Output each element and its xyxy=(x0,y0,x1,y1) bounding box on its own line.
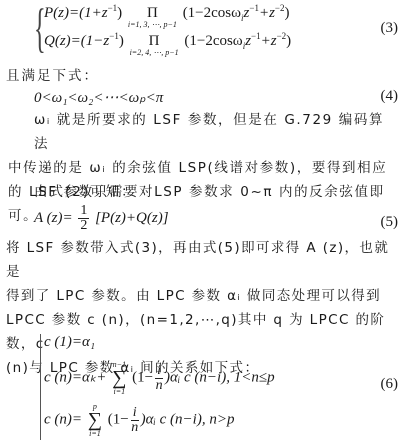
summation-operator: p ∑ i=1 xyxy=(88,402,102,438)
fraction: in xyxy=(131,406,139,435)
paragraph-line: 将 LSF 参数带入式(3)，再由式(5)即可求得 A (z)，也就是 xyxy=(6,236,396,284)
paragraph: 将 LSF 参数带入式(3)，再由式(5)即可求得 A (z)，也就是 得到了 … xyxy=(6,236,396,380)
left-brace-line xyxy=(40,334,41,440)
text-line: 由式(2)可知： xyxy=(34,180,137,200)
equation-4-expr: 0<ω₁<ω₂<⋯<ωₚ<π xyxy=(34,88,163,107)
equation-number: (6) xyxy=(381,376,399,393)
equation-number: (3) xyxy=(381,20,399,37)
product-operator: Π i=1, 3, ⋯, p−1 xyxy=(128,6,177,29)
equation-6-row-3: c (n)= p ∑ i=1 (1−in)αᵢ c (n−i), n>p xyxy=(44,402,234,438)
paragraph-line: 中传递的是 ωᵢ 的余弦值 LSP(线谱对参数)，要得到相应 xyxy=(8,156,398,180)
text-line: 且满足下式： xyxy=(6,64,99,84)
paragraph-line: 得到了 LPC 参数。由 LPC 参数 αᵢ 做同态处理可以得到 xyxy=(6,284,396,308)
paragraph-line: ωᵢ 就是所要求的 LSF 参数，但是在 G.729 编码算法 xyxy=(8,108,398,156)
equation-number: (5) xyxy=(381,214,399,231)
product-operator: Π i=2, 4, ⋯, p−1 xyxy=(130,34,179,57)
summation-operator: n−1 ∑ i=1 xyxy=(112,360,126,396)
equation-3-P-row: P(z)=(1+z−1) Π i=1, 3, ⋯, p−1 (1−2cosωiz… xyxy=(44,2,290,25)
equation-3-Q-row: Q(z)=(1−z−1) Π i=2, 4, ⋯, p−1 (1−2cosωiz… xyxy=(44,30,291,53)
equation-6-row-2: c (n)=αₖ+ n−1 ∑ i=1 (1−in)αᵢ c (n−i), 1<… xyxy=(44,360,275,396)
equation-6-row-1: c (1)=α₁ xyxy=(44,334,95,351)
equation-5-expr: A (z)= 1 2 [P(z)+Q(z)] xyxy=(34,204,169,233)
equation-number: (4) xyxy=(381,88,399,105)
fraction: in xyxy=(155,364,163,393)
fraction: 1 2 xyxy=(78,204,89,233)
